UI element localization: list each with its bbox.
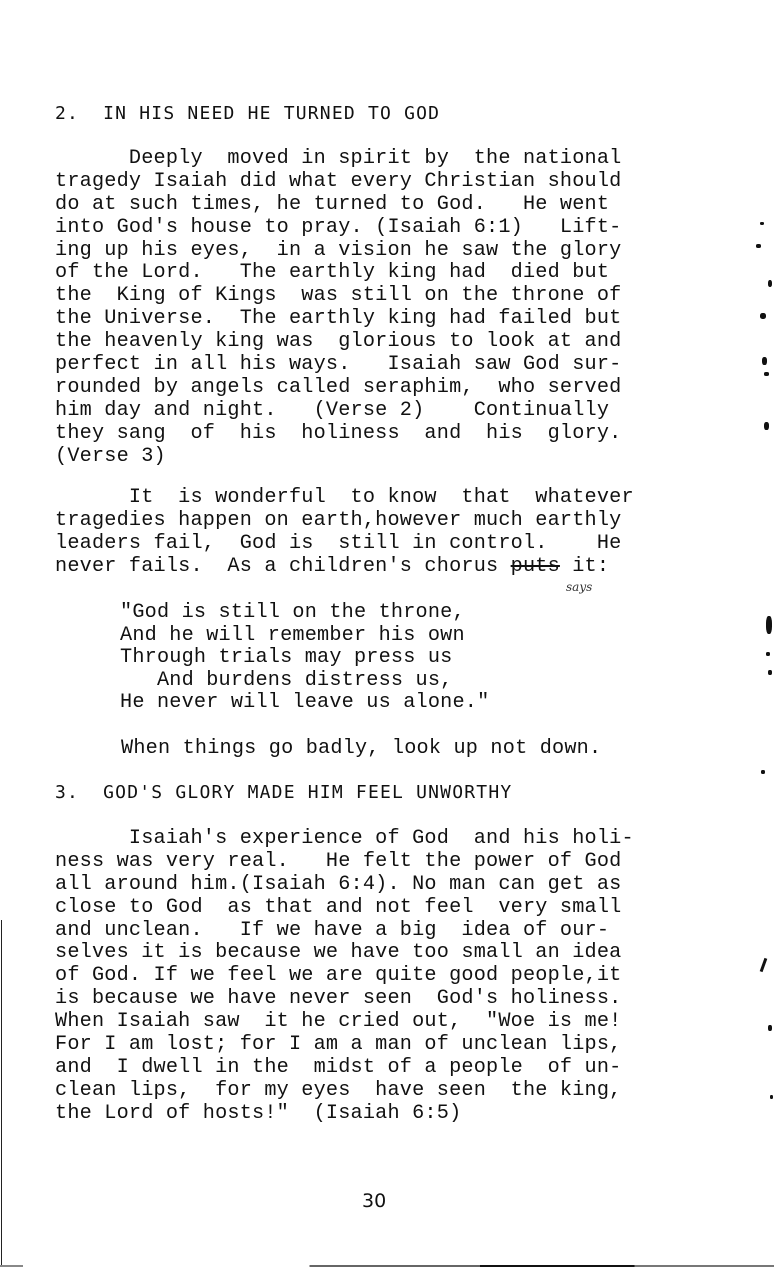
paragraph-god-in-control: It is wonderful to know that whatever tr… (55, 487, 675, 579)
chorus-quote: "God is still on the throne, And he will… (120, 602, 489, 715)
closing-line: When things go badly, look up not down. (121, 738, 601, 761)
text-line: leaders fail, God is still in control. H… (55, 533, 675, 556)
text-line: is because we have never seen God's holi… (55, 988, 675, 1011)
text-line: into God's house to pray. (Isaiah 6:1) L… (55, 217, 675, 240)
ink-speck (764, 372, 769, 376)
text-line: do at such times, he turned to God. He w… (55, 194, 675, 217)
text-line: the heavenly king was glorious to look a… (55, 331, 675, 354)
section-heading-2: 2. IN HIS NEED HE TURNED TO GOD (55, 103, 440, 124)
page-edge-bottom (0, 1265, 774, 1267)
handwritten-correction: says (566, 580, 592, 594)
text-line: (Verse 3) (55, 446, 675, 469)
text-line: When Isaiah saw it he cried out, "Woe is… (55, 1011, 675, 1034)
ink-speck (770, 1095, 773, 1099)
text-line: close to God as that and not feel very s… (55, 897, 675, 920)
chorus-line: And burdens distress us, (120, 670, 489, 693)
text-line: Deeply moved in spirit by the national (55, 148, 675, 171)
text-line: the Lord of hosts!" (Isaiah 6:5) (55, 1103, 675, 1126)
section-heading-3: 3. GOD'S GLORY MADE HIM FEEL UNWORTHY (55, 782, 512, 803)
text-line: the Universe. The earthly king had faile… (55, 308, 675, 331)
ink-speck (762, 357, 767, 365)
scanned-book-page: 2. IN HIS NEED HE TURNED TO GOD Deeply m… (0, 0, 774, 1268)
ink-speck (760, 313, 766, 319)
chorus-line: And he will remember his own (120, 625, 489, 648)
text-line: the King of Kings was still on the thron… (55, 285, 675, 308)
text-line: they sang of his holiness and his glory. (55, 423, 675, 446)
text-line: tragedies happen on earth,however much e… (55, 510, 675, 533)
ink-speck (766, 652, 770, 656)
text-line: clean lips, for my eyes have seen the ki… (55, 1080, 675, 1103)
chorus-line: "God is still on the throne, (120, 602, 489, 625)
ink-speck (768, 670, 772, 675)
page-number: 30 (362, 1190, 386, 1212)
text-line: Isaiah's experience of God and his holi- (55, 828, 675, 851)
text-line: For I am lost; for I am a man of unclean… (55, 1034, 675, 1057)
text-line: ness was very real. He felt the power of… (55, 851, 675, 874)
text-line: perfect in all his ways. Isaiah saw God … (55, 354, 675, 377)
ink-speck (764, 422, 769, 430)
paragraph-isaiah-experience: Isaiah's experience of God and his holi-… (55, 828, 675, 1126)
text-line: all around him.(Isaiah 6:4). No man can … (55, 874, 675, 897)
ink-speck (756, 244, 761, 248)
text-line-with-correction: never fails. As a children's chorus puts… (55, 556, 675, 579)
ink-speck (760, 222, 764, 225)
text-line: ing up his eyes, in a vision he saw the … (55, 240, 675, 263)
ink-speck (761, 770, 765, 774)
text-line: of God. If we feel we are quite good peo… (55, 965, 675, 988)
text-line: rounded by angels called seraphim, who s… (55, 377, 675, 400)
chorus-line: He never will leave us alone." (120, 692, 489, 715)
text-line: and unclean. If we have a big idea of ou… (55, 920, 675, 943)
ink-speck (766, 616, 772, 634)
text-line: selves it is because we have too small a… (55, 942, 675, 965)
ink-speck (768, 280, 772, 287)
text-line: him day and night. (Verse 2) Continually (55, 400, 675, 423)
text-fragment: never fails. As a children's chorus (55, 555, 511, 578)
ink-speck (768, 1025, 772, 1031)
page-edge-left (1, 920, 2, 1266)
text-line: It is wonderful to know that whatever (55, 487, 675, 510)
ink-speck (760, 958, 768, 972)
struck-word: puts (511, 555, 560, 578)
paragraph-isaiah-turned-to-god: Deeply moved in spirit by the national t… (55, 148, 675, 468)
text-line: tragedy Isaiah did what every Christian … (55, 171, 675, 194)
text-fragment: it: (560, 555, 609, 578)
chorus-line: Through trials may press us (120, 647, 489, 670)
text-line: of the Lord. The earthly king had died b… (55, 262, 675, 285)
text-line: and I dwell in the midst of a people of … (55, 1057, 675, 1080)
